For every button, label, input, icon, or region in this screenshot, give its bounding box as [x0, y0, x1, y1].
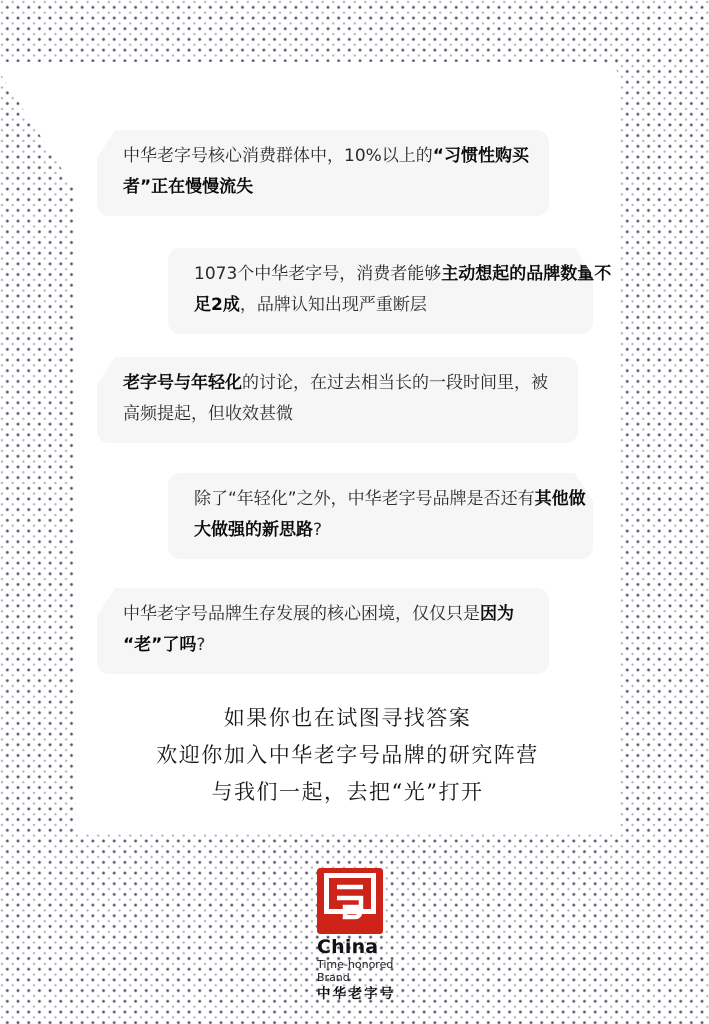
logo-text-time-honored: Time-honored: [317, 958, 437, 971]
bubble-text: 老字号与年轻化的讨论，在过去相当长的一段时间里，被高频提起，但收效甚微: [97, 357, 578, 443]
closing-invitation: 如果你也在试图寻找答案 欢迎你加入中华老字号品牌的研究阵营 与我们一起，去把“光…: [75, 700, 620, 811]
time-honored-brand-logo: China Time-honored Brand 中华老字号: [317, 868, 437, 1003]
red-seal-icon: [317, 868, 383, 934]
poster-page: 中华老字号核心消费群体中，10%以上的“习惯性购买者”正在慢慢流失 1073个中…: [0, 0, 709, 1024]
bubble-text: 中华老字号品牌生存发展的核心困境，仅仅只是因为“老”了吗?: [97, 588, 549, 674]
bubble-text: 1073个中华老字号，消费者能够主动想起的品牌数量不足2成，品牌认知出现严重断层: [168, 248, 593, 334]
speech-bubble-core-dilemma: 中华老字号品牌生存发展的核心困境，仅仅只是因为“老”了吗?: [97, 588, 549, 674]
bubble-text: 除了“年轻化”之外，中华老字号品牌是否还有其他做大做强的新思路?: [168, 473, 593, 559]
logo-text-china: China: [317, 937, 437, 958]
speech-bubble-consumer-loss: 中华老字号核心消费群体中，10%以上的“习惯性购买者”正在慢慢流失: [97, 130, 549, 216]
closing-line: 如果你也在试图寻找答案: [75, 700, 620, 737]
logo-text-brand: Brand: [317, 971, 437, 984]
logo-text-chinese-name: 中华老字号: [317, 986, 437, 1003]
bubble-text: 中华老字号核心消费群体中，10%以上的“习惯性购买者”正在慢慢流失: [97, 130, 549, 216]
closing-line: 与我们一起，去把“光”打开: [75, 774, 620, 811]
closing-line: 欢迎你加入中华老字号品牌的研究阵营: [75, 737, 620, 774]
speech-bubble-new-ideas: 除了“年轻化”之外，中华老字号品牌是否还有其他做大做强的新思路?: [168, 473, 593, 559]
speech-bubble-rejuvenation: 老字号与年轻化的讨论，在过去相当长的一段时间里，被高频提起，但收效甚微: [97, 357, 578, 443]
speech-bubble-brand-recall: 1073个中华老字号，消费者能够主动想起的品牌数量不足2成，品牌认知出现严重断层: [168, 248, 593, 334]
